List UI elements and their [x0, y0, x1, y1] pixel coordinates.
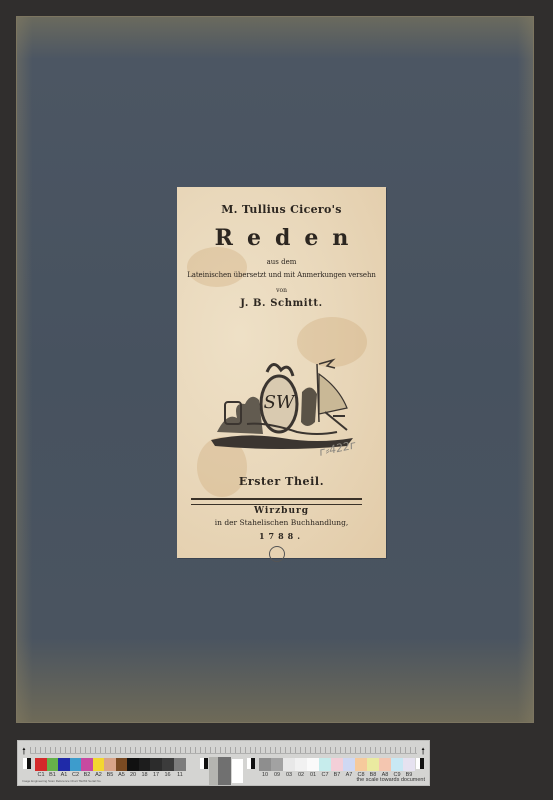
color-patch-01 [307, 758, 319, 771]
color-patch-label: B7 [331, 772, 343, 778]
subtitle-line-2: Lateinischen übersetzt und mit Anmerkung… [177, 271, 386, 279]
color-patch-02 [295, 758, 307, 771]
color-patch-a1 [58, 758, 70, 771]
gray-wedge [209, 757, 231, 785]
color-patch-label: 18 [139, 772, 151, 778]
color-patch-label: C2 [70, 772, 82, 778]
color-patch-label: 11 [174, 772, 186, 778]
color-patch-label: 16 [162, 772, 174, 778]
imprint-place: Wirzburg [177, 506, 386, 516]
subtitle-line-1: aus dem [177, 258, 386, 266]
bw-target-icon [416, 758, 424, 769]
color-patch-label: 03 [283, 772, 295, 778]
title-line-2: Reden [177, 225, 386, 251]
ornamental-rule [191, 498, 362, 505]
color-patch-b8 [367, 758, 379, 771]
color-patch-18 [139, 758, 151, 771]
color-patch-16 [162, 758, 174, 771]
svg-text:SW: SW [264, 392, 296, 413]
color-patch-a5 [116, 758, 128, 771]
part-label: Erster Theil. [177, 475, 386, 488]
color-patch-b7 [331, 758, 343, 771]
color-patch-c8 [355, 758, 367, 771]
color-patch-label: B2 [81, 772, 93, 778]
color-patch-03 [283, 758, 295, 771]
color-patch-label: A2 [93, 772, 105, 778]
color-patch-a2 [93, 758, 105, 771]
color-patch-a8 [379, 758, 391, 771]
color-patch-09 [271, 758, 283, 771]
color-patch-label: 01 [307, 772, 319, 778]
color-patch-17 [150, 758, 162, 771]
color-patch-label: B5 [104, 772, 116, 778]
color-patch-label: 10 [259, 772, 271, 778]
color-patch-label: A1 [58, 772, 70, 778]
color-reference-card: 🠕 🠕 C1B1A1C2B2A2B5A520181716111009030201… [17, 740, 430, 786]
color-patch-c1 [35, 758, 47, 771]
color-patch-label: C1 [35, 772, 47, 778]
color-patch-b2 [81, 758, 93, 771]
subtitle-line-3: von [177, 287, 386, 294]
card-fine-print: Image Engineering Scan Reference Chart T… [22, 779, 101, 783]
library-stamp-icon [269, 546, 285, 562]
color-patch-c2 [70, 758, 82, 771]
color-patch-label: 17 [150, 772, 162, 778]
imprint-publisher: in der Stahelischen Buchhandlung, [177, 518, 386, 527]
color-patch-label: 02 [295, 772, 307, 778]
color-patch-label: 09 [271, 772, 283, 778]
bw-target-icon [23, 758, 31, 769]
stain [187, 247, 247, 287]
color-patch-10 [259, 758, 271, 771]
title-page: M. Tullius Cicero's Reden aus dem Latein… [177, 187, 386, 558]
color-patch-label: 20 [127, 772, 139, 778]
bw-target-icon [200, 758, 208, 769]
color-patch-c7 [319, 758, 331, 771]
color-patch-b9 [403, 758, 415, 771]
printer-vignette-icon: SW [207, 352, 357, 450]
color-patch-b1 [47, 758, 59, 771]
author: J. B. Schmitt. [177, 298, 386, 309]
scale-note: the scale towards document [357, 777, 425, 783]
color-patch-a7 [343, 758, 355, 771]
color-patch-label: B1 [47, 772, 59, 778]
color-patch-20 [127, 758, 139, 771]
color-patch-label: A5 [116, 772, 128, 778]
bw-target-icon [247, 758, 255, 769]
color-patch-label: C7 [319, 772, 331, 778]
color-patch-11 [174, 758, 186, 771]
color-patch-b5 [104, 758, 116, 771]
imprint-year: 1788. [177, 531, 386, 541]
resolution-target [232, 759, 243, 783]
color-patch-c9 [391, 758, 403, 771]
scale-ruler [30, 747, 417, 754]
color-patch-label: A7 [343, 772, 355, 778]
title-line-1: M. Tullius Cicero's [177, 203, 386, 216]
